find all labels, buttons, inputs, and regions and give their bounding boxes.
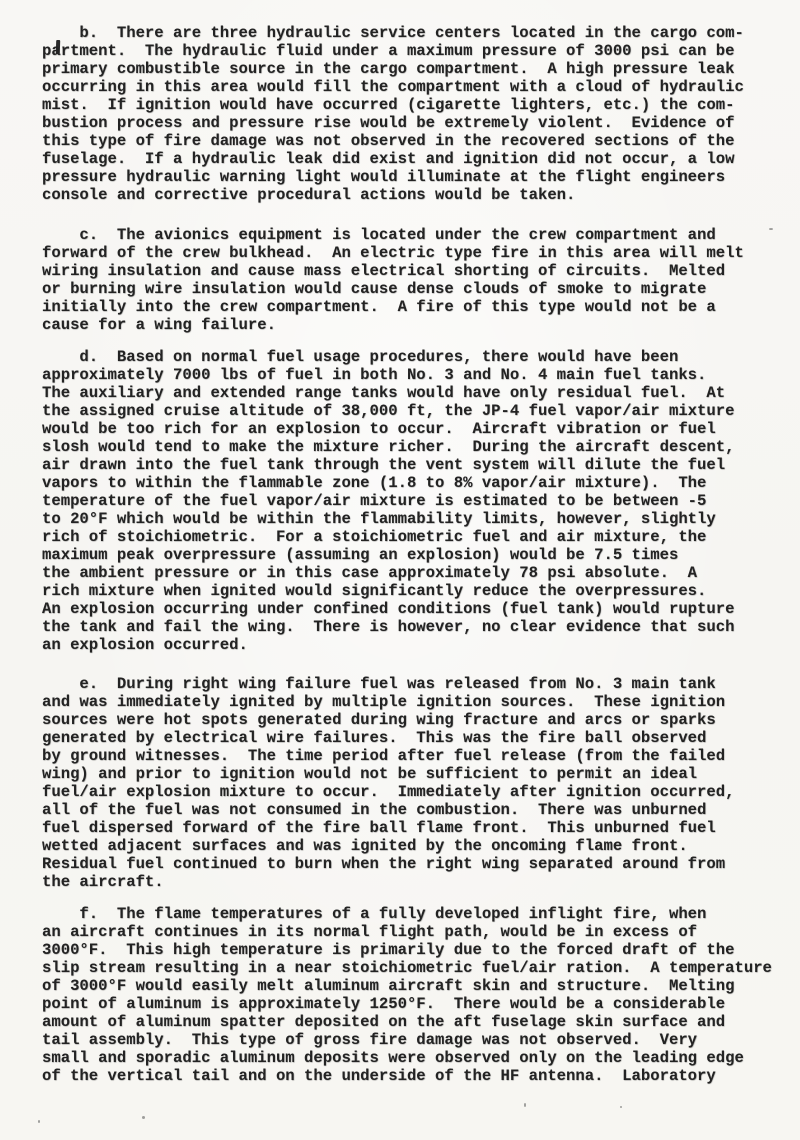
report-text-block: b. There are three hydraulic service cen… <box>42 24 790 1085</box>
paragraph-b: b. There are three hydraulic service cen… <box>42 24 790 204</box>
scan-speck <box>620 1106 622 1108</box>
paragraph-d: d. Based on normal fuel usage procedures… <box>42 348 790 654</box>
scan-speck <box>38 1120 40 1123</box>
paragraph-c: c. The avionics equipment is located und… <box>42 226 790 334</box>
scanned-report-page: b. There are three hydraulic service cen… <box>0 0 800 1140</box>
paragraph-e: e. During right wing failure fuel was re… <box>42 675 790 891</box>
paragraph-f: f. The flame temperatures of a fully dev… <box>42 905 790 1085</box>
scan-speck <box>524 1103 526 1107</box>
scan-speck <box>142 1116 145 1119</box>
